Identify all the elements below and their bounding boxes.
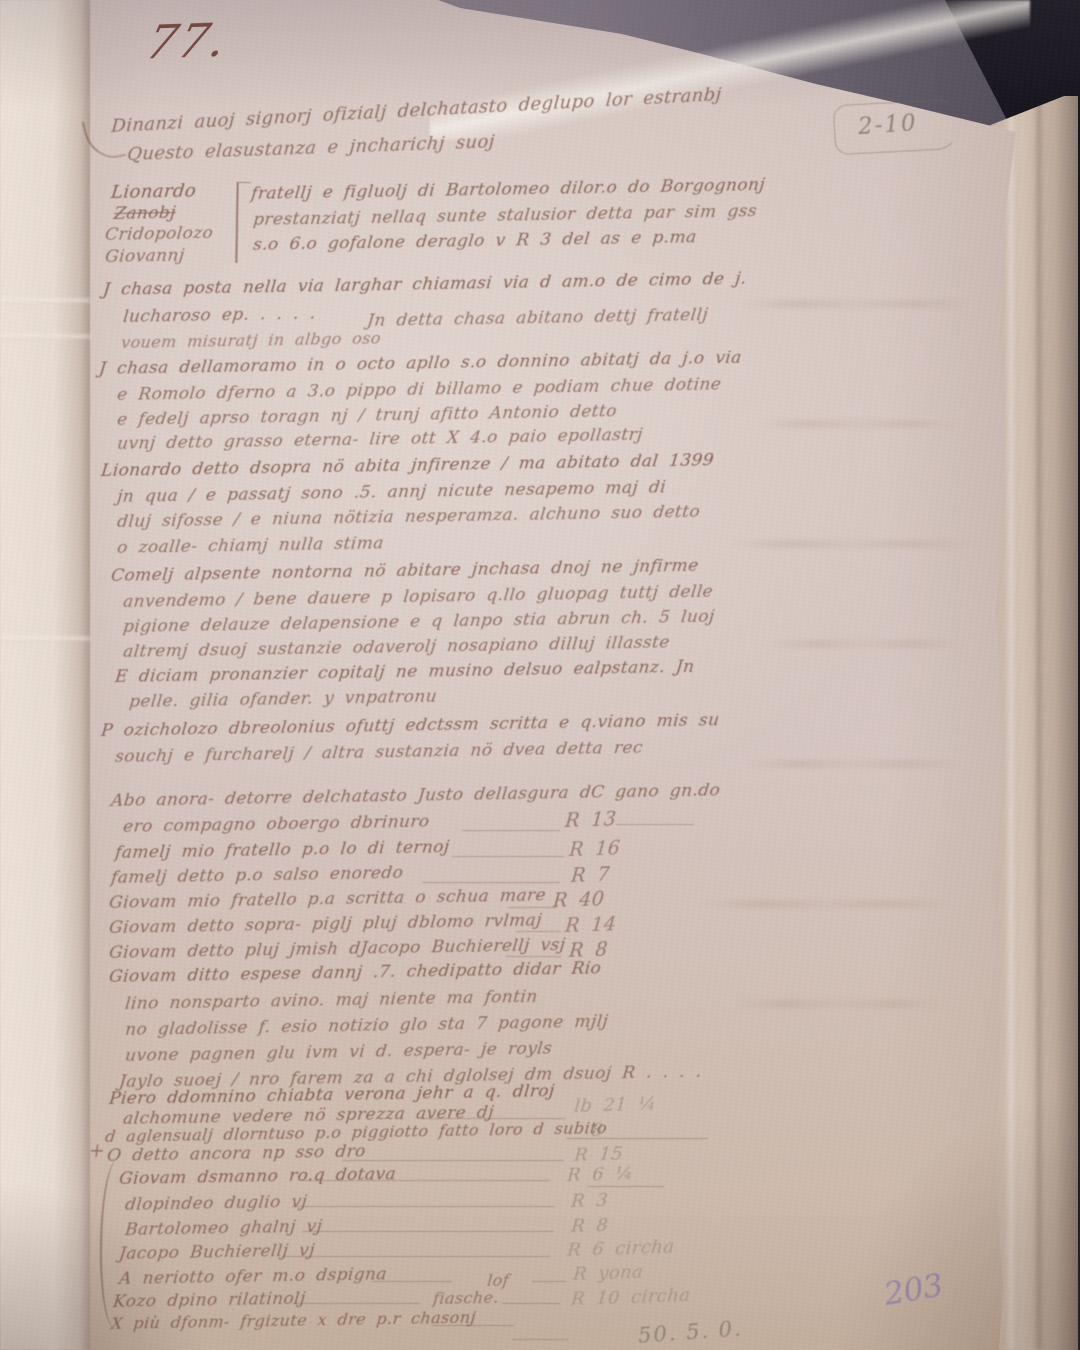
adjacent-leaf [0,0,90,1350]
manuscript-line: R 3 [570,1192,608,1211]
folio-number: 77. [141,13,234,70]
manuscript-line: Bartolomeo ghalnj vj [124,1219,323,1239]
leader-line [422,1118,566,1119]
leader-line [292,1206,554,1207]
manuscript-line: Jacopo Buchierellj vj [118,1243,315,1263]
leader-line [506,956,561,957]
manuscript-line: Lionardo [110,183,197,203]
leader-line [432,1325,514,1326]
leader-line [512,1339,568,1340]
manuscript-line: R yona [572,1264,644,1285]
manuscript-line: R 14 [564,915,617,936]
manuscript-line: R 13 [564,810,617,831]
manuscript-line: Giovam dsmanno ro.q dotava [118,1166,397,1188]
parchment-crease [0,636,90,641]
leader-line [508,907,556,908]
leader-line [372,1281,452,1282]
fore-edge-streak [1036,96,1042,1350]
manuscript-line: R 6 ¼ [566,1165,633,1185]
parchment-crease [0,298,90,303]
manuscript-line: Giovannj [104,248,185,266]
fore-edge-streak [1008,96,1014,1350]
names-grouping-bracket [235,182,250,263]
leader-line [516,931,561,932]
leader-line [588,1186,664,1187]
leader-line [502,1303,560,1304]
manuscript-line: R 40 [552,890,605,911]
manuscript-line: Cridopolozo [104,225,214,244]
leader-line [452,856,564,857]
leader-line [462,830,560,831]
manuscript-line: O detto ancora np sso dro [106,1143,366,1165]
manuscript-line: R 16 [568,839,621,860]
manuscript-line: lof [486,1273,510,1289]
manuscript-line: R 8 [570,1217,608,1236]
manuscript-line: fiasche. [432,1290,499,1307]
manuscript-line: R 10 circha [570,1287,691,1309]
manuscript-line: vouem misuratj in albgo oso [120,330,381,351]
manuscript-line: lucharoso ep. . . . . [122,306,316,326]
leader-line [282,1256,550,1257]
manuscript-line: Zanobj [113,205,176,223]
leader-line [342,1160,564,1161]
manuscript-line: o zoalle- chiamj nulla stima [116,535,384,557]
leader-line [292,1303,420,1304]
manuscript-line: + [88,1142,107,1161]
manuscript-photo: Dinanzi auoj signorj ofizialj delchatast… [0,0,1080,1350]
manuscript-line: lb 21 ¼ [573,1095,656,1116]
manuscript-line: dlopindeo duglio vj [124,1194,308,1214]
manuscript-line: R 7 [570,866,610,886]
parchment-crease [0,334,90,339]
manuscript-line: R 6 circha [566,1238,675,1260]
manuscript-line: Kozo dpino rilatinolj [112,1291,306,1311]
leader-line [302,1180,550,1181]
leader-line [616,824,694,825]
manuscript-line: R 15 [573,1145,623,1165]
leader-line [532,1281,566,1282]
leader-line [566,1138,708,1139]
manuscript-line: A neriotto ofer m.o dspigna [118,1266,388,1288]
leader-line [302,1231,554,1232]
shelf-mark: 2-10 [857,110,918,140]
leader-line [422,882,560,883]
